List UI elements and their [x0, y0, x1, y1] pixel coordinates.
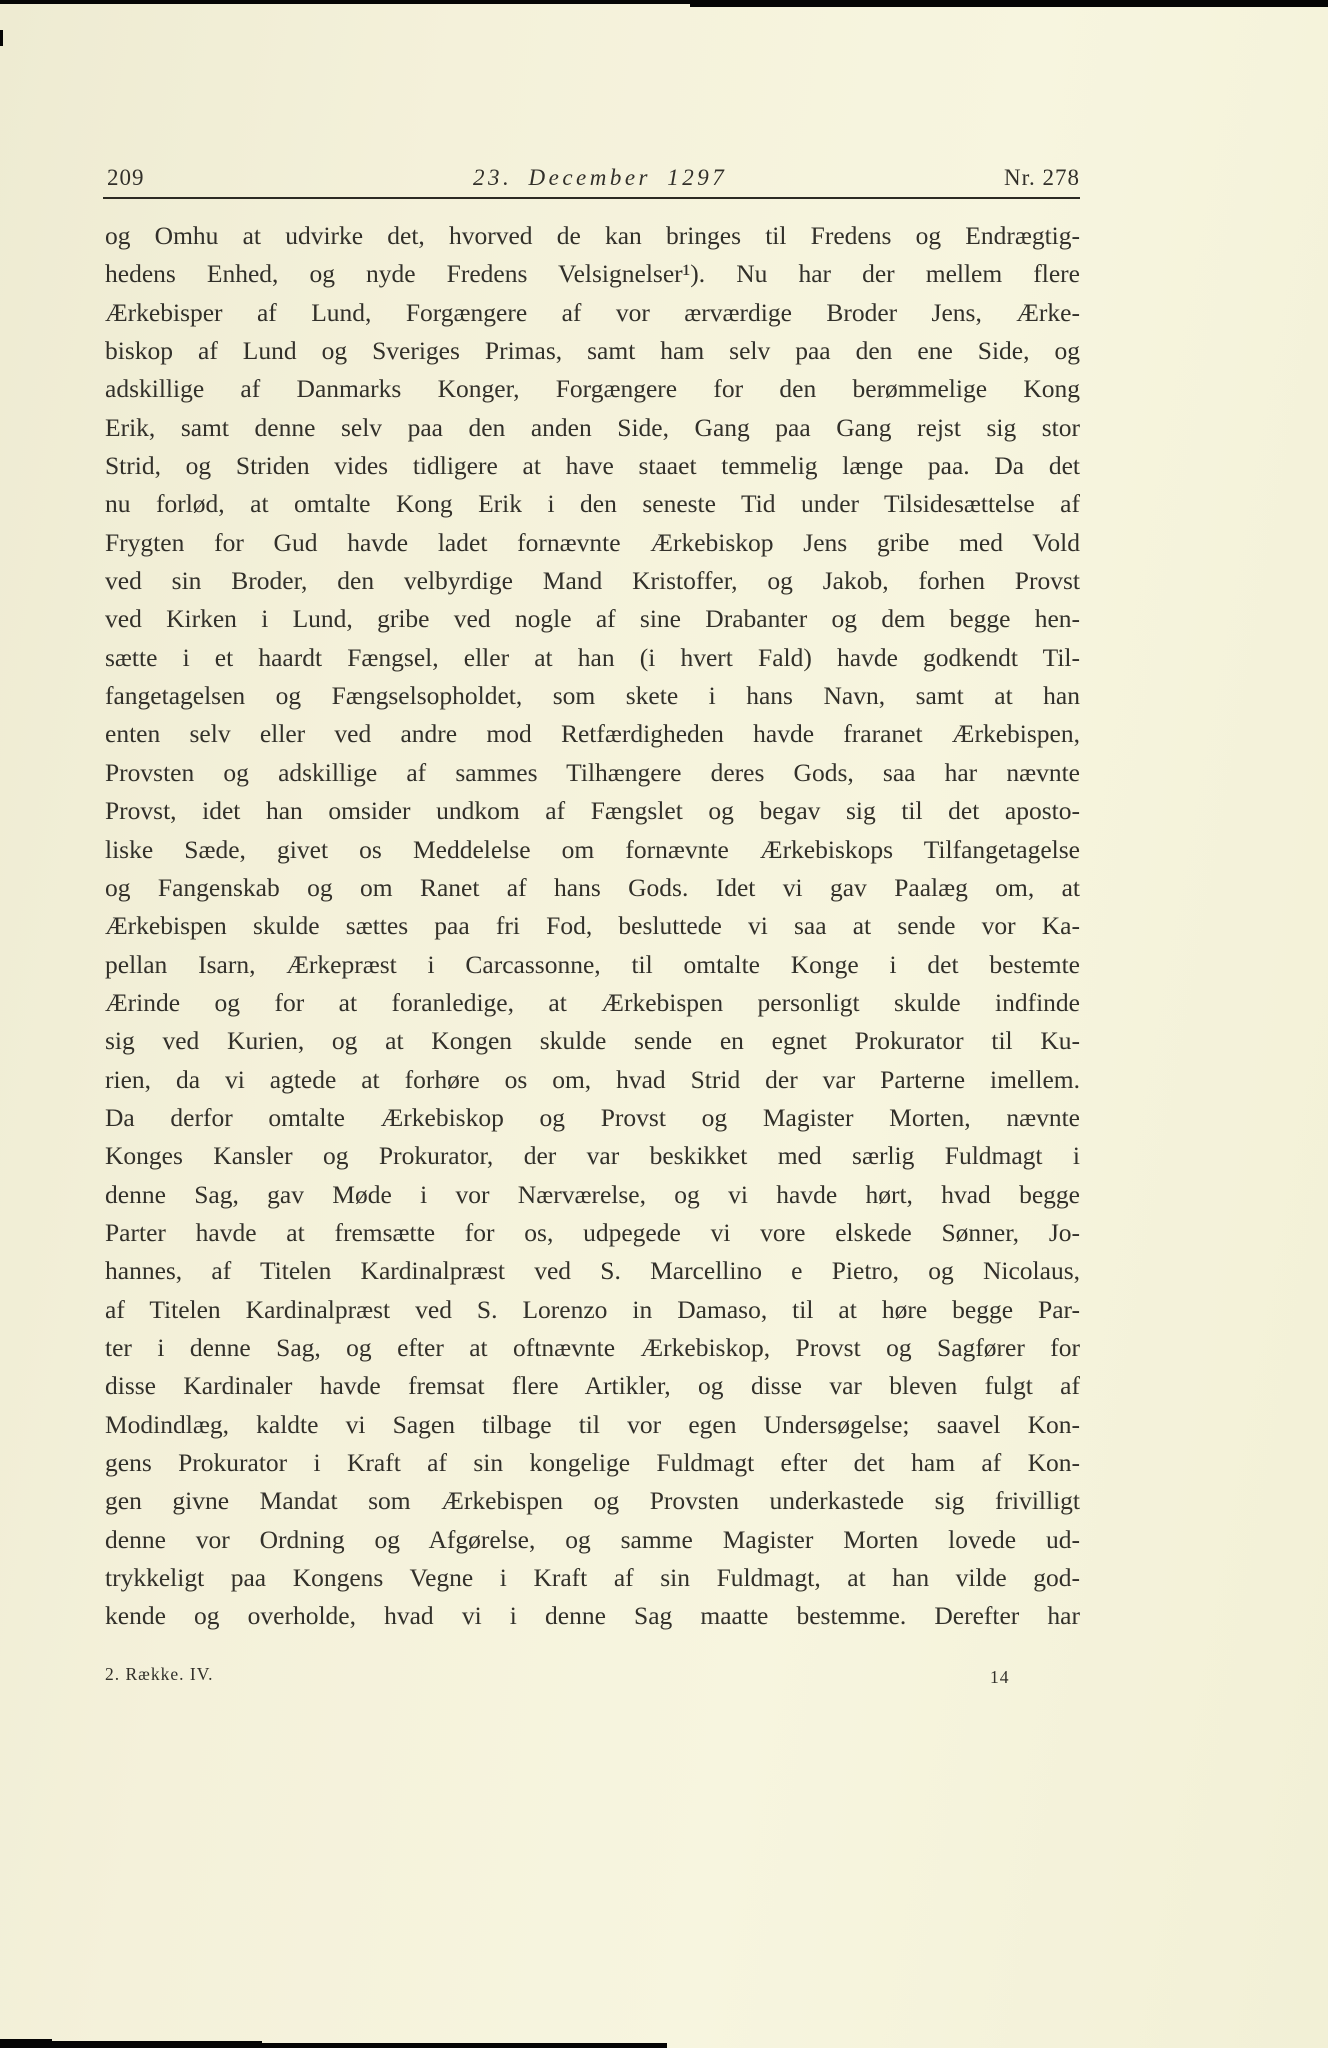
text-line: ved Kirken i Lund, gribe ved nogle af si…: [105, 600, 1080, 638]
text-line: Ærkebispen skulde sættes paa fri Fod, be…: [105, 907, 1080, 945]
text-line: denne vor Ordning og Afgørelse, og samme…: [105, 1521, 1080, 1559]
scan-edge-bottom: [52, 2041, 262, 2048]
text-line: gens Prokurator i Kraft af sin kongelige…: [105, 1444, 1080, 1482]
page-number: 209: [107, 163, 145, 193]
text-line: pellan Isarn, Ærkepræst i Carcassonne, t…: [105, 946, 1080, 984]
text-line: ved sin Broder, den velbyrdige Mand Kris…: [105, 562, 1080, 600]
page-footer: 2. Række. IV. 14: [105, 1664, 1080, 1688]
text-line: Frygten for Gud havde ladet fornævnte Ær…: [105, 524, 1080, 562]
text-line: Da derfor omtalte Ærkebiskop og Provst o…: [105, 1099, 1080, 1137]
text-line: og Fangenskab og om Ranet af hans Gods. …: [105, 869, 1080, 907]
text-line: Provst, idet han omsider undkom af Fængs…: [105, 792, 1080, 830]
text-line: Ærkebisper af Lund, Forgængere af vor ær…: [105, 294, 1080, 332]
text-line: trykkeligt paa Kongens Vegne i Kraft af …: [105, 1559, 1080, 1597]
text-line: hedens Enhed, og nyde Fredens Velsignels…: [105, 255, 1080, 293]
text-line: Modindlæg, kaldte vi Sagen tilbage til v…: [105, 1406, 1080, 1444]
scan-edge-left-tick: [0, 30, 3, 46]
text-line: af Titelen Kardinalpræst ved S. Lorenzo …: [105, 1291, 1080, 1329]
text-line: sætte i et haardt Fængsel, eller at han …: [105, 639, 1080, 677]
text-line: sig ved Kurien, og at Kongen skulde send…: [105, 1022, 1080, 1060]
document-number: Nr. 278: [1004, 163, 1080, 193]
text-line: fangetagelsen og Fængselsopholdet, som s…: [105, 677, 1080, 715]
text-line: ter i denne Sag, og efter at oftnævnte Æ…: [105, 1329, 1080, 1367]
text-line: biskop af Lund og Sveriges Primas, samt …: [105, 332, 1080, 370]
signature-number: 14: [990, 1667, 1010, 1688]
text-line: kende og overholde, hvad vi i denne Sag …: [105, 1597, 1080, 1635]
text-line: Erik, samt denne selv paa den anden Side…: [105, 409, 1080, 447]
text-line: denne Sag, gav Møde i vor Nærværelse, og…: [105, 1176, 1080, 1214]
text-line: hannes, af Titelen Kardinalpræst ved S. …: [105, 1252, 1080, 1290]
text-line: Ærinde og for at foranledige, at Ærkebis…: [105, 984, 1080, 1022]
text-line: liske Sæde, givet os Meddelelse om fornæ…: [105, 831, 1080, 869]
text-line: Strid, og Striden vides tidligere at hav…: [105, 447, 1080, 485]
text-line: disse Kardinaler havde fremsat flere Art…: [105, 1367, 1080, 1405]
text-line: nu forlød, at omtalte Kong Erik i den se…: [105, 485, 1080, 523]
text-line: Konges Kansler og Prokurator, der var be…: [105, 1137, 1080, 1175]
scan-edge-bottom: [262, 2043, 667, 2048]
scan-edge-top-right: [690, 0, 1328, 7]
book-page-scan: 209 23. December 1297 Nr. 278 og Omhu at…: [0, 0, 1328, 2048]
text-line: adskillige af Danmarks Konger, Forgænger…: [105, 370, 1080, 408]
text-line: enten selv eller ved andre mod Retfærdig…: [105, 715, 1080, 753]
header-rule: [103, 197, 1080, 199]
page-header: 209 23. December 1297 Nr. 278: [105, 161, 1080, 193]
text-line: gen givne Mandat som Ærkebispen og Provs…: [105, 1482, 1080, 1520]
text-line: og Omhu at udvirke det, hvorved de kan b…: [105, 217, 1080, 255]
body-text: og Omhu at udvirke det, hvorved de kan b…: [105, 217, 1080, 1636]
scan-edge-bottom: [0, 2039, 52, 2048]
series-label: 2. Række. IV.: [105, 1664, 213, 1685]
text-line: rien, da vi agtede at forhøre os om, hva…: [105, 1061, 1080, 1099]
text-line: Provsten og adskillige af sammes Tilhæng…: [105, 754, 1080, 792]
date-heading: 23. December 1297: [473, 163, 727, 193]
text-line: Parter havde at fremsætte for os, udpege…: [105, 1214, 1080, 1252]
